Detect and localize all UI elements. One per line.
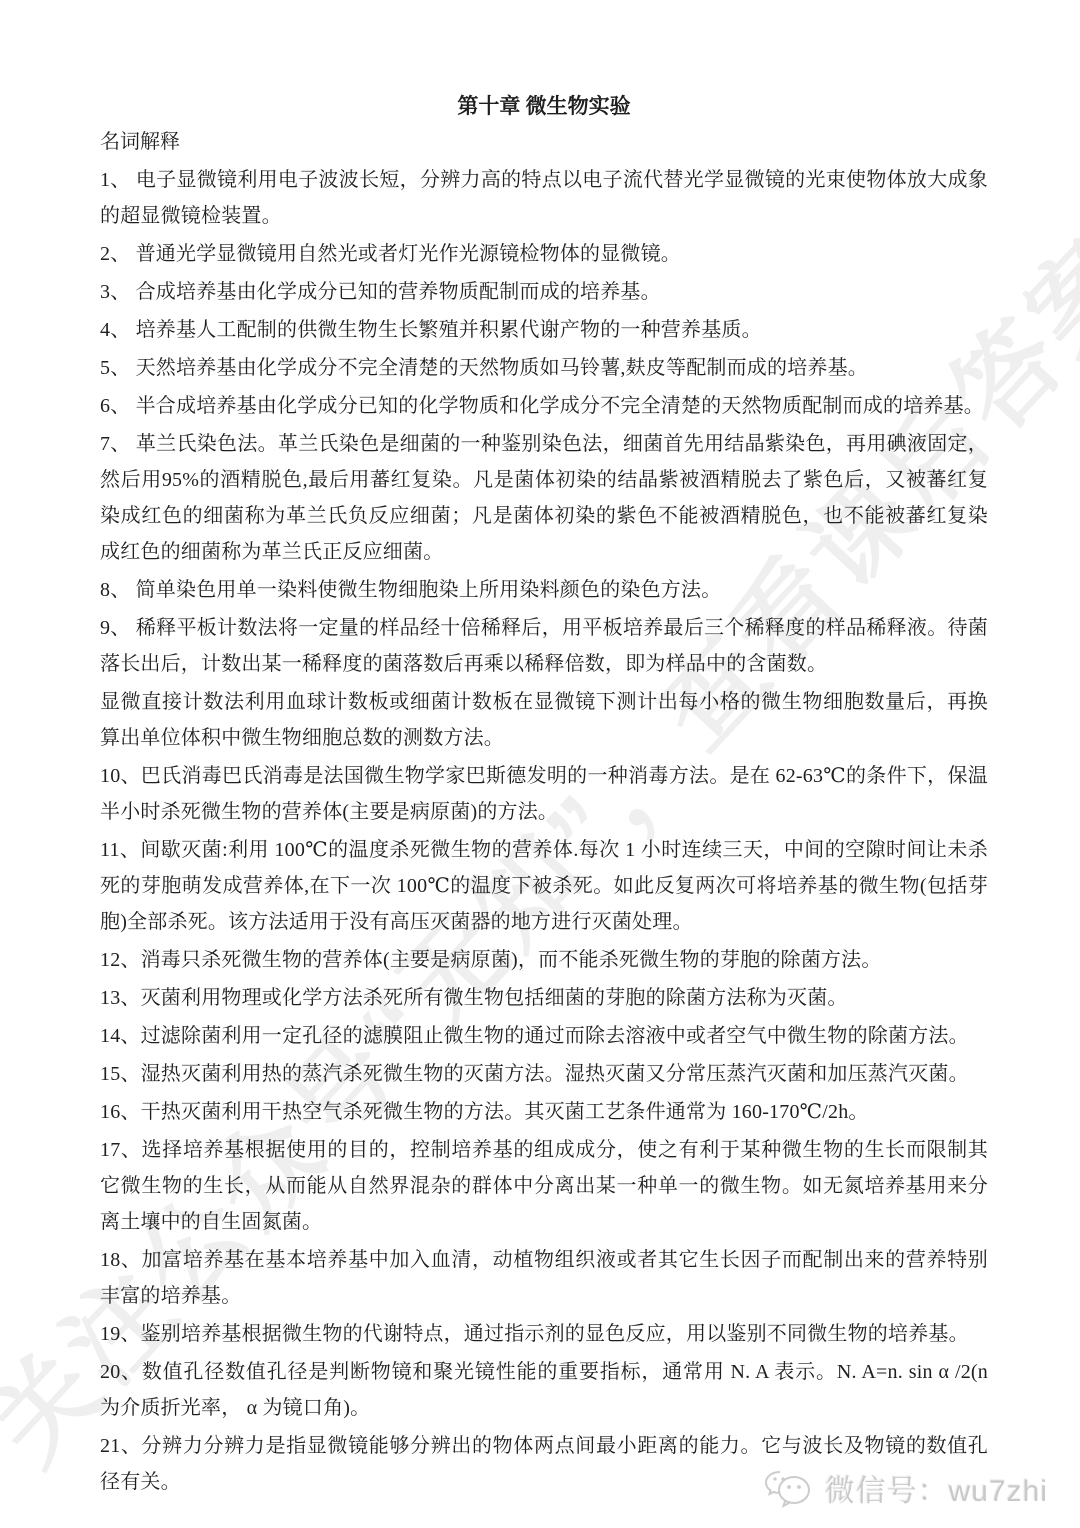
definition-paragraph: 13、灭菌利用物理或化学方法杀死所有微生物包括细菌的芽胞的除菌方法称为灭菌。	[100, 980, 988, 1016]
document-content: 第十章 微生物实验 名词解释 1、 电子显微镜利用电子波波长短，分辨力高的特点以…	[100, 88, 988, 1500]
wechat-stamp: 微信号：wu7zhi	[759, 1464, 1048, 1512]
definition-paragraph: 9、 稀释平板计数法将一定量的样品经十倍稀释后，用平板培养最后三个稀释度的样品稀…	[100, 610, 988, 682]
definition-paragraph: 18、加富培养基在基本培养基中加入血清，动植物组织液或者其它生长因子而配制出来的…	[100, 1242, 988, 1314]
definition-paragraph: 10、巴氏消毒巴氏消毒是法国微生物学家巴斯德发明的一种消毒方法。是在 62-63…	[100, 758, 988, 830]
wechat-icon	[759, 1464, 815, 1512]
document-page: 关注公众号“无知”，查看课后答案 第十章 微生物实验 名词解释 1、 电子显微镜…	[0, 0, 1080, 1528]
definition-paragraph: 8、 简单染色用单一染料使微生物细胞染上所用染料颜色的染色方法。	[100, 572, 988, 608]
section-heading: 名词解释	[100, 124, 988, 160]
definition-paragraph: 5、 天然培养基由化学成分不完全清楚的天然物质如马铃薯,麸皮等配制而成的培养基。	[100, 350, 988, 386]
definition-paragraph: 12、消毒只杀死微生物的营养体(主要是病原菌)，而不能杀死微生物的芽胞的除菌方法…	[100, 942, 988, 978]
definition-paragraph: 19、鉴别培养基根据微生物的代谢特点，通过指示剂的显色反应，用以鉴别不同微生物的…	[100, 1316, 988, 1352]
definition-paragraph: 15、湿热灭菌利用热的蒸汽杀死微生物的灭菌方法。湿热灭菌又分常压蒸汽灭菌和加压蒸…	[100, 1056, 988, 1092]
definition-paragraph: 14、过滤除菌利用一定孔径的滤膜阻止微生物的通过而除去溶液中或者空气中微生物的除…	[100, 1018, 988, 1054]
definition-paragraph: 4、 培养基人工配制的供微生物生长繁殖并积累代谢产物的一种营养基质。	[100, 312, 988, 348]
definition-paragraph: 2、 普通光学显微镜用自然光或者灯光作光源镜检物体的显微镜。	[100, 236, 988, 272]
definition-paragraph: 17、选择培养基根据使用的目的，控制培养基的组成成分，使之有利于某种微生物的生长…	[100, 1132, 988, 1240]
definition-paragraph: 显微直接计数法利用血球计数板或细菌计数板在显微镜下测计出每小格的微生物细胞数量后…	[100, 684, 988, 756]
page-title: 第十章 微生物实验	[100, 88, 988, 124]
definition-paragraph: 20、数值孔径数值孔径是判断物镜和聚光镜性能的重要指标，通常用 N. A 表示。…	[100, 1354, 988, 1426]
wechat-id-label: 微信号：wu7zhi	[825, 1466, 1048, 1510]
definition-paragraph: 16、干热灭菌利用干热空气杀死微生物的方法。其灭菌工艺条件通常为 160-170…	[100, 1094, 988, 1130]
definition-paragraph: 1、 电子显微镜利用电子波波长短，分辨力高的特点以电子流代替光学显微镜的光束使物…	[100, 162, 988, 234]
definitions-list: 1、 电子显微镜利用电子波波长短，分辨力高的特点以电子流代替光学显微镜的光束使物…	[100, 162, 988, 1500]
definition-paragraph: 3、 合成培养基由化学成分已知的营养物质配制而成的培养基。	[100, 274, 988, 310]
definition-paragraph: 7、 革兰氏染色法。革兰氏染色是细菌的一种鉴别染色法，细菌首先用结晶紫染色，再用…	[100, 426, 988, 570]
definition-paragraph: 6、 半合成培养基由化学成分已知的化学物质和化学成分不完全清楚的天然物质配制而成…	[100, 388, 988, 424]
definition-paragraph: 11、间歇灭菌:利用 100℃的温度杀死微生物的营养体.每次 1 小时连续三天，…	[100, 832, 988, 940]
